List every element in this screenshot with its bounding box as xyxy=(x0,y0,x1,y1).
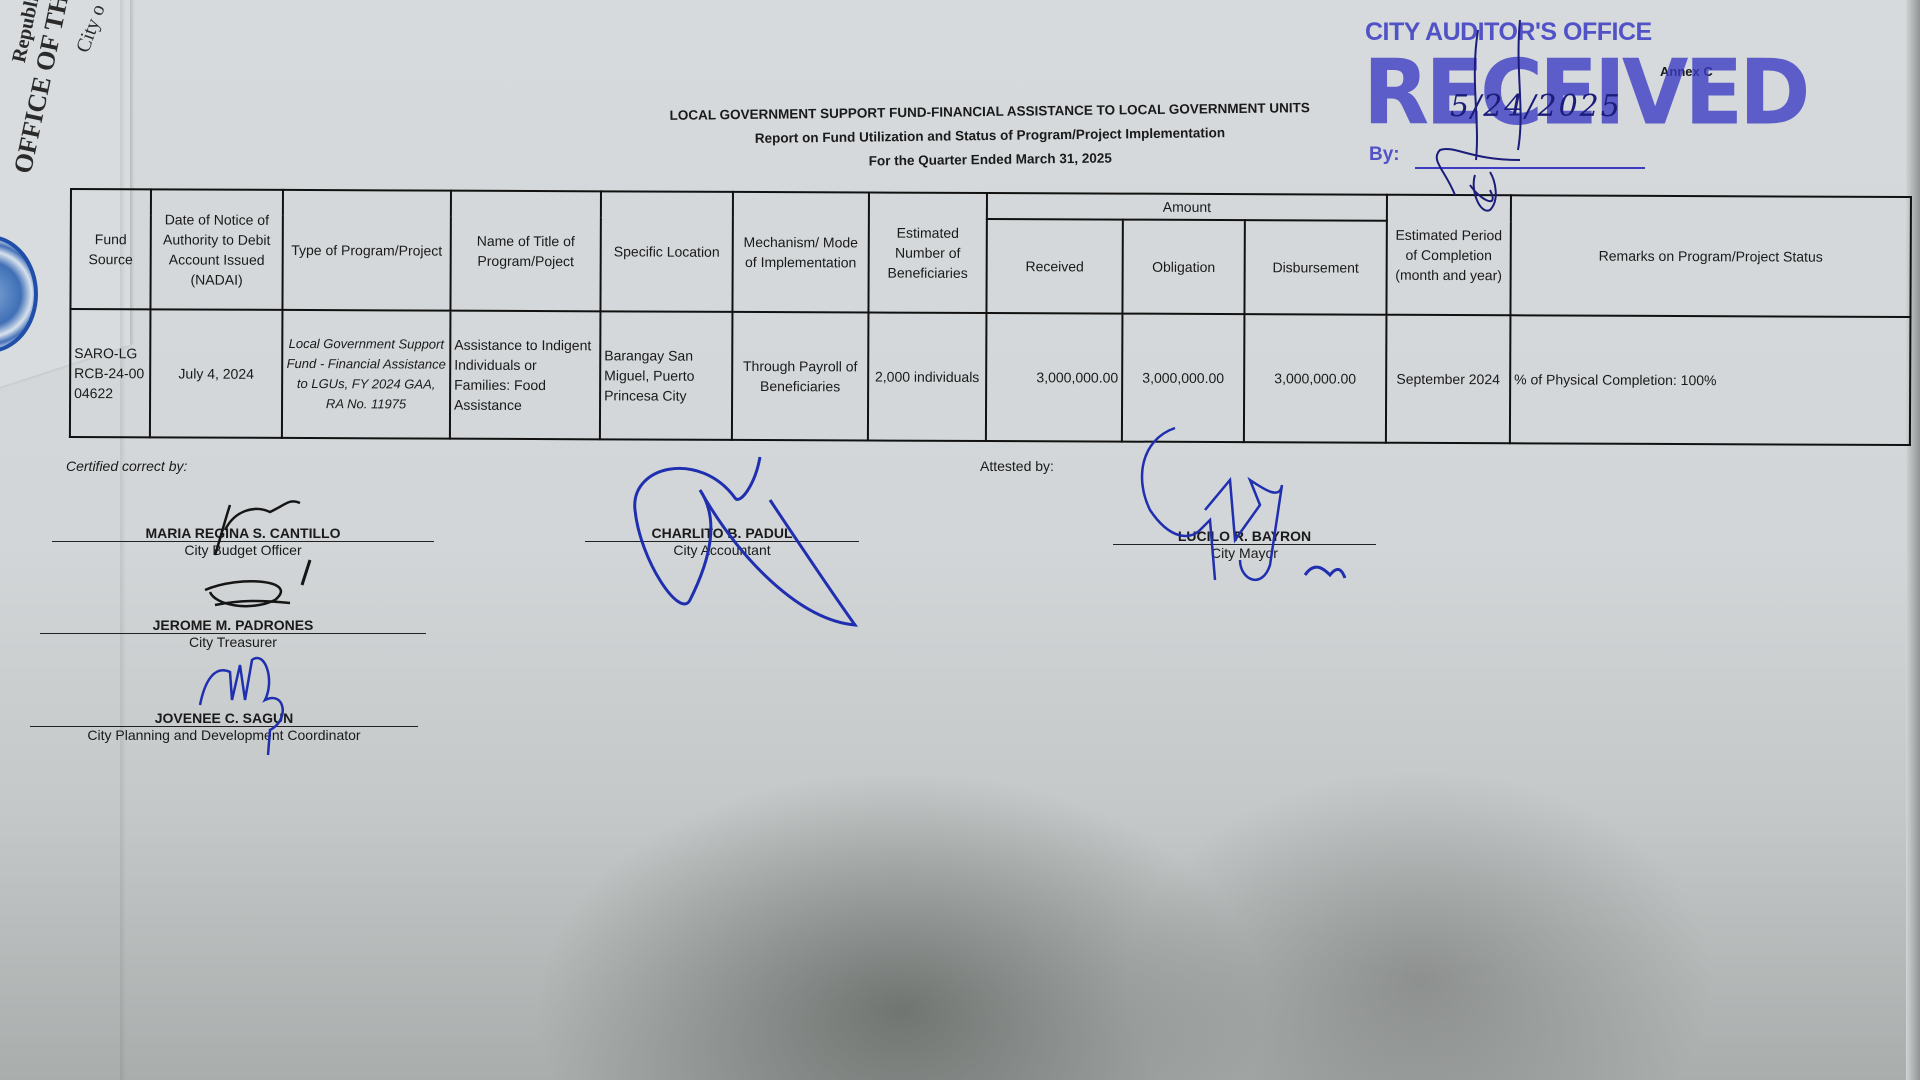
header-obligation: Obligation xyxy=(1122,220,1244,315)
header-nadai-date: Date of Notice of Authority to Debit Acc… xyxy=(150,189,283,310)
cell-location: Barangay San Miguel, Puerto Princesa Cit… xyxy=(600,311,733,440)
stamp-by-label: By: xyxy=(1369,144,1400,166)
paper-right-edge xyxy=(1906,0,1920,1080)
cell-completion: September 2024 xyxy=(1386,315,1511,444)
cell-nadai-date: July 4, 2024 xyxy=(150,309,283,438)
signatory-treasurer: JEROME M. PADRONES City Treasurer xyxy=(40,617,426,650)
signatory-budget-officer: MARIA REGINA S. CANTILLO City Budget Off… xyxy=(52,525,434,558)
cell-obligation: 3,000,000.00 xyxy=(1122,314,1245,443)
header-beneficiaries: Estimated Number of Beneficiaries xyxy=(868,192,987,313)
table-row: SARO-LGRCB-24-0004622 July 4, 2024 Local… xyxy=(70,309,1911,445)
header-name: Name of Title of Program/Poject xyxy=(450,191,601,312)
signatory-name: JOVENEE C. SAGUN xyxy=(30,710,418,726)
cell-disbursement: 3,000,000.00 xyxy=(1244,314,1387,443)
signatory-planning-coordinator: JOVENEE C. SAGUN City Planning and Devel… xyxy=(30,710,418,743)
cell-mechanism: Through Payroll of Beneficiaries xyxy=(732,312,869,441)
signatory-accountant: CHARLITO B. PADUL City Accountant xyxy=(585,525,859,558)
cell-fund-source: SARO-LGRCB-24-0004622 xyxy=(70,309,151,437)
signatory-name: CHARLITO B. PADUL xyxy=(585,525,859,541)
document-photo: Republic OFFICE OF TH City o Annex C CIT… xyxy=(0,0,1920,1080)
received-stamp: CITY AUDITOR'S OFFICE RECEIVED 5/24/2025… xyxy=(1365,14,1685,174)
certified-correct-label: Certified correct by: xyxy=(66,458,187,474)
signatory-name: JEROME M. PADRONES xyxy=(40,617,426,633)
stamp-by-line xyxy=(1415,167,1645,169)
fund-utilization-table: Fund Source Date of Notice of Authority … xyxy=(69,188,1912,446)
signatory-role: City Accountant xyxy=(585,542,859,558)
header-fund-source: Fund Source xyxy=(70,189,151,309)
cell-type: Local Government Support Fund - Financia… xyxy=(282,310,451,439)
header-amount: Amount xyxy=(987,193,1387,221)
attested-by-label: Attested by: xyxy=(980,458,1054,474)
signatory-role: City Budget Officer xyxy=(52,542,434,558)
signatory-name: MARIA REGINA S. CANTILLO xyxy=(52,525,434,541)
cell-beneficiaries: 2,000 individuals xyxy=(868,312,987,441)
cell-received: 3,000,000.00 xyxy=(986,313,1123,442)
header-location: Specific Location xyxy=(600,191,733,312)
header-remarks: Remarks on Program/Project Status xyxy=(1510,195,1911,317)
stamp-handwritten-date: 5/24/2025 xyxy=(1450,89,1622,124)
header-mechanism: Mechanism/ Mode of Implementation xyxy=(732,192,869,313)
cell-name: Assistance to Indigent Individuals or Fa… xyxy=(450,311,601,440)
header-received: Received xyxy=(986,219,1122,314)
document-title: LOCAL GOVERNMENT SUPPORT FUND-FINANCIAL … xyxy=(640,96,1341,177)
signatory-role: City Mayor xyxy=(1113,545,1376,561)
signatory-name: LUCILO R. BAYRON xyxy=(1113,528,1376,544)
header-disbursement: Disbursement xyxy=(1244,220,1386,315)
signatory-mayor: LUCILO R. BAYRON City Mayor xyxy=(1113,528,1376,561)
header-type: Type of Program/Project xyxy=(282,190,451,311)
signatory-role: City Planning and Development Coordinato… xyxy=(30,727,418,743)
signatory-role: City Treasurer xyxy=(40,634,426,650)
header-completion: Estimated Period of Completion (month an… xyxy=(1386,195,1511,316)
cell-remarks: % of Physical Completion: 100% xyxy=(1510,315,1911,445)
